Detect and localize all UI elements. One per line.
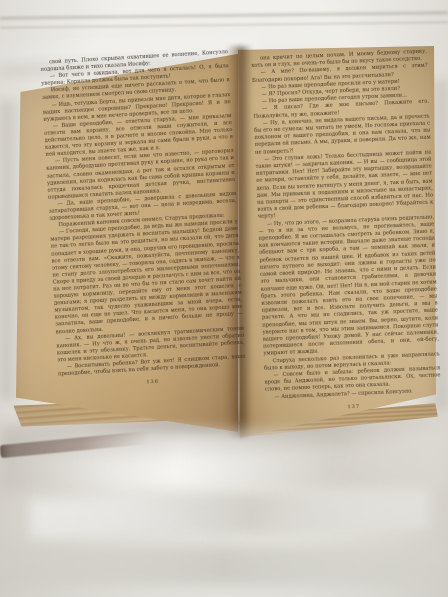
right-page-paragraphs: она кричит по целым ночам. И моему бедно… [251, 49, 441, 402]
fabric-fold [0, 545, 448, 585]
right-page-text: она кричит по целым ночам. И моему бедно… [251, 49, 442, 415]
left-page-text: свой путь. Плохо скрывая охватившее ее в… [40, 49, 247, 392]
left-page-paragraphs: свой путь. Плохо скрывая охватившее ее в… [40, 49, 246, 379]
paragraph: — Это глупая ложь! Только бесстыдница мо… [255, 149, 434, 221]
photo-background: свой путь. Плохо скрывая охватившее ее в… [0, 0, 448, 597]
fabric-hem-line [0, 11, 448, 19]
paragraph: — Господи, ваше преподобие, да ведь вы ж… [50, 219, 244, 336]
paragraph: — Ну, что до этого, — возразила старуха … [258, 214, 440, 358]
fabric-fold [30, 490, 431, 540]
fabric-hem-line [0, 21, 448, 28]
